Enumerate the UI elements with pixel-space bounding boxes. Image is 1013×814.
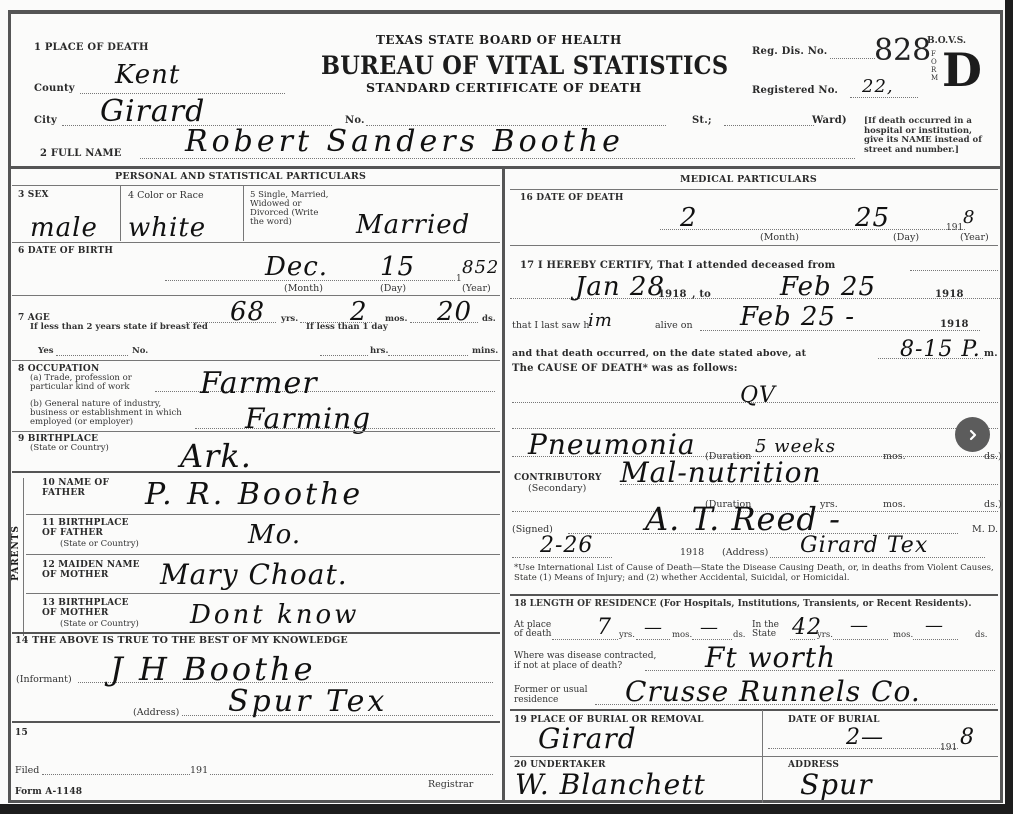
contributory-sub: (Secondary) (528, 484, 586, 493)
dod-day: 25 (855, 203, 890, 233)
attended-to-date: Feb 25 (780, 272, 876, 302)
city-label: City (34, 115, 57, 126)
certificate-type-title: STANDARD CERTIFICATE OF DEATH (366, 80, 642, 95)
breastfed-no-label: No. (132, 347, 148, 356)
last-saw-year: 1918 (940, 319, 969, 330)
bureau-title: BUREAU OF VITAL STATISTICS (321, 51, 728, 80)
duration2-ds-label: ds.) (984, 500, 1002, 509)
form-number: Form A-1148 (15, 787, 82, 797)
dod-month: 2 (680, 203, 698, 233)
cause-mos-label: mos. (883, 452, 906, 461)
county-value: Kent (115, 60, 180, 90)
last-saw-pronoun: im (588, 310, 613, 331)
death-time-value: 8-15 P. (900, 337, 981, 362)
duration-value: 5 weeks (755, 436, 836, 457)
burial-date-label: DATE OF BURIAL (788, 715, 880, 725)
parents-tab-label: PARENTS (11, 525, 21, 581)
contracted-value: Ft worth (705, 641, 836, 674)
age-months-label: mos. (385, 315, 407, 324)
informant-address-value: Spur Tex (228, 684, 387, 719)
last-saw-date: Feb 25 - (740, 302, 855, 332)
cause-ds-label: ds.) (984, 452, 1002, 461)
contributory-label: CONTRIBUTORY (514, 473, 602, 483)
state-days-label: ds. (975, 631, 988, 640)
cause-annotation: QV (740, 383, 776, 408)
form-letters: F O R M (931, 50, 939, 82)
breastfed-yes-label: Yes (38, 347, 54, 356)
hospital-note: [If death occurred in a hospital or inst… (864, 117, 984, 155)
form-letter-d: D (942, 47, 982, 93)
street-label: St.; (692, 115, 712, 126)
cause-of-death-label: The CAUSE OF DEATH* was as follows: (512, 363, 738, 374)
dod-year-caption: (Year) (960, 233, 989, 242)
attended-to-label: , to (692, 289, 711, 300)
certify-text: 17 I HEREBY CERTIFY, That I attended dec… (520, 260, 835, 271)
hours-label: hrs. (370, 347, 388, 356)
alive-on-label: alive on (655, 321, 693, 330)
dob-label: 6 DATE OF BIRTH (18, 246, 113, 256)
filed-label: Filed (15, 766, 39, 775)
informant-section-label: 14 THE ABOVE IS TRUE TO THE BEST OF MY K… (15, 635, 348, 646)
document-viewer: 1 PLACE OF DEATH TEXAS STATE BOARD OF HE… (0, 0, 1013, 814)
viewer-bottom-edge (0, 804, 1013, 814)
dob-day-caption: (Day) (380, 284, 406, 293)
dob-month-caption: (Month) (284, 284, 323, 293)
father-birthplace-sub: (State or Country) (60, 540, 139, 549)
medical-section-title: MEDICAL PARTICULARS (680, 174, 817, 185)
mother-birthplace-value: Dont know (190, 600, 359, 630)
less-than-day-note: If less than 1 day (306, 323, 388, 332)
age-years-label: yrs. (281, 315, 298, 324)
dob-year-caption: (Year) (462, 284, 491, 293)
age-note: If less than 2 years state if breast fed (30, 323, 208, 332)
full-name-value: Robert Sanders Boothe (185, 124, 624, 159)
race-value: white (128, 213, 206, 243)
marital-value: Married (356, 210, 470, 240)
death-time-suffix: m. (984, 348, 998, 359)
mother-name-label: 12 MAIDEN NAME OF MOTHER (42, 560, 152, 580)
sex-value: male (30, 213, 98, 243)
sex-label: 3 SEX (18, 190, 49, 200)
dob-month: Dec. (265, 252, 328, 282)
attended-to-year: 1918 (935, 289, 964, 300)
reg-dis-value: 828 (874, 36, 931, 66)
registered-label: Registered No. (752, 85, 838, 96)
registered-value: 22, (862, 76, 894, 97)
certificate-page: 1 PLACE OF DEATH TEXAS STATE BOARD OF HE… (0, 0, 1005, 804)
signed-address-value: Girard Tex (800, 533, 928, 558)
burial-year: 8 (960, 725, 975, 750)
duration2-mos-label: mos. (883, 500, 906, 509)
county-label: County (34, 83, 75, 94)
parents-tab: PARENTS (10, 478, 24, 636)
reg-dis-label: Reg. Dis. No. (752, 46, 827, 57)
md-label: M. D. (972, 525, 998, 534)
signed-date: 2-26 (540, 533, 593, 558)
place-days-label: ds. (733, 631, 746, 640)
mother-birthplace-label: 13 BIRTHPLACE OF MOTHER (42, 598, 142, 618)
occupation-b-label: (b) General nature of industry, business… (30, 400, 190, 427)
birthplace-value: Ark. (180, 437, 252, 475)
informant-address-label: (Address) (133, 708, 179, 717)
filed-year-prefix: 191 (190, 766, 208, 775)
state-months-value: — (850, 615, 869, 636)
at-place-label: At place of death (514, 621, 554, 639)
state-board-title: TEXAS STATE BOARD OF HEALTH (376, 33, 622, 47)
undertaker-address-value: Spur (800, 768, 873, 801)
filing-section-label: 15 (15, 728, 28, 738)
mother-name-value: Mary Choat. (160, 558, 348, 591)
occupation-a-label: (a) Trade, profession or particular kind… (30, 374, 155, 392)
race-label: 4 Color or Race (128, 191, 204, 200)
place-years-label: yrs. (619, 631, 635, 640)
former-residence-label: Former or usual residence (514, 685, 604, 705)
burial-place-value: Girard (538, 722, 637, 755)
residence-section-label: 18 LENGTH OF RESIDENCE (For Hospitals, I… (514, 599, 994, 609)
full-name-label: 2 FULL NAME (40, 148, 122, 159)
occupation-a-value: Farmer (200, 366, 318, 401)
age-years: 68 (230, 297, 265, 327)
birthplace-sub: (State or Country) (30, 444, 109, 453)
contributory-value: Mal-nutrition (620, 456, 822, 489)
father-name-label: 10 NAME OF FATHER (42, 478, 122, 498)
dod-day-caption: (Day) (893, 233, 919, 242)
father-name-value: P. R. Boothe (145, 477, 363, 512)
dob-year: 852 (462, 257, 499, 278)
signed-address-label: (Address) (722, 548, 768, 557)
former-residence-value: Crusse Runnels Co. (625, 675, 921, 708)
place-years-value: 7 (597, 615, 612, 640)
undertaker-value: W. Blanchett (515, 768, 706, 801)
personal-section-title: PERSONAL AND STATISTICAL PARTICULARS (115, 171, 366, 182)
in-state-label: In the State (752, 621, 790, 639)
cause-footnote: *Use International List of Cause of Deat… (514, 563, 994, 583)
place-days-value: — (700, 617, 719, 638)
dob-day: 15 (380, 252, 415, 282)
dod-month-caption: (Month) (760, 233, 799, 242)
dob-year-prefix: 1 (456, 275, 462, 284)
state-months-label: mos. (893, 631, 913, 640)
attended-from-year: 1918 (658, 289, 687, 300)
next-page-button[interactable] (955, 417, 990, 452)
minutes-label: mins. (472, 347, 498, 356)
viewer-right-edge (1005, 0, 1013, 814)
dod-label: 16 DATE OF DEATH (520, 193, 624, 203)
attended-from-date: Jan 28 (575, 272, 665, 302)
age-days: 20 (437, 297, 472, 327)
registrar-label: Registrar (428, 780, 473, 789)
place-months-label: mos. (672, 631, 692, 640)
last-saw-label: that I last saw h (512, 321, 589, 330)
father-birthplace-label: 11 BIRTHPLACE OF FATHER (42, 518, 142, 538)
place-of-death-label: 1 PLACE OF DEATH (34, 42, 149, 53)
death-time-text: and that death occurred, on the date sta… (512, 348, 806, 359)
marital-label: 5 Single, Married, Widowed or Divorced (… (250, 191, 330, 227)
informant-label: (Informant) (16, 675, 72, 684)
chevron-right-icon (966, 428, 980, 442)
dod-year: 8 (963, 207, 975, 228)
informant-value: J H Boothe (110, 650, 316, 688)
father-birthplace-value: Mo. (248, 520, 301, 550)
state-days-value: — (925, 615, 944, 636)
age-days-label: ds. (482, 315, 496, 324)
state-years-label: yrs. (817, 631, 833, 640)
contracted-label: Where was disease contracted, if not at … (514, 651, 664, 671)
mother-birthplace-sub: (State or Country) (60, 620, 139, 629)
ward-label: Ward) (812, 115, 847, 126)
place-months-value: — (644, 617, 663, 638)
burial-year-prefix: 191 (940, 744, 957, 753)
burial-date-value: 2— (846, 725, 884, 750)
signed-year: 1918 (680, 548, 704, 557)
